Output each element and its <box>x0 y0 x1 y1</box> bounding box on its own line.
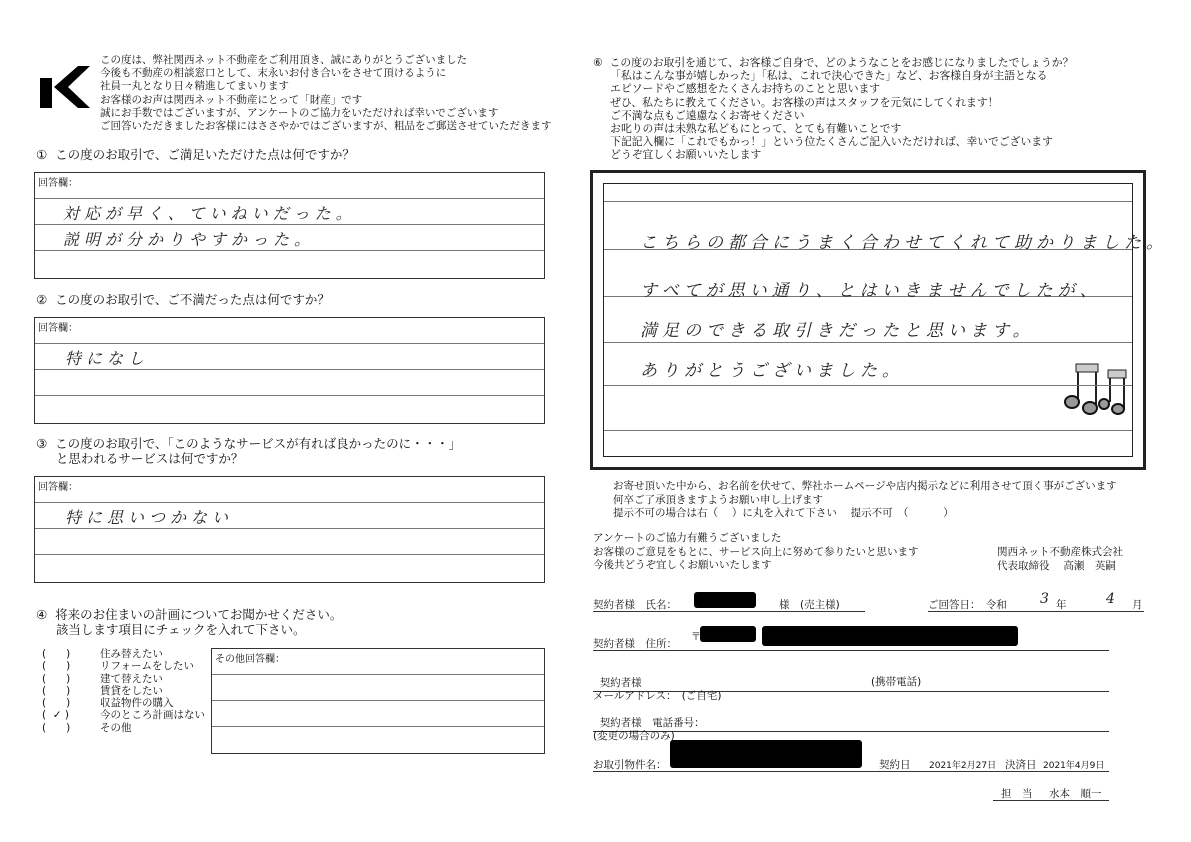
intro-line: お客様のお声は関西ネット不動産にとって「財産」です <box>100 94 552 107</box>
settlement-label: 決済日 <box>1005 757 1037 772</box>
redacted-name <box>694 592 756 608</box>
answer-6-line: 満足のできる取引きだったと思います。 <box>640 316 1035 341</box>
contract-date: 2021年2月27日 <box>929 758 996 771</box>
intro-text: この度は、弊社関西ネット不動産をご利用頂き、誠にありがとうございました今後も不動… <box>100 54 552 133</box>
plan-option-label: 賃貸をしたい <box>100 685 163 697</box>
answer-frame-6[interactable]: こちらの都合にうまく合わせてくれて助かりました。すべてが思い通り、とはいきません… <box>590 170 1146 470</box>
plan-option[interactable]: ( )住み替えたい <box>42 648 205 660</box>
answer-3-line-1: 特に思いつかない <box>65 505 233 528</box>
answer-label: 回答欄： <box>38 174 78 189</box>
plan-option[interactable]: ( )収益物件の購入 <box>42 697 205 709</box>
question-3: ③ この度のお取引で、「このようなサービスが有れば良かったのに・・・」 と思われ… <box>36 436 461 466</box>
redacted-postal-code <box>700 626 756 642</box>
plan-option-label: 住み替えたい <box>100 648 163 660</box>
answer-1-line-2: 説明が分かりやすかった。 <box>63 227 315 250</box>
plan-option[interactable]: ( )その他 <box>42 722 205 734</box>
contract-date-label: 契約日 <box>879 757 911 772</box>
checkbox[interactable]: ( ) <box>42 660 100 672</box>
question-6: ⑥ この度のお取引を通じて、お客様ご自身で、どのようなことをお感じになりましたで… <box>593 56 1073 162</box>
email-label: 契約者様 メールアドレス： (ご自宅) <box>593 677 721 703</box>
name-label: 契約者様 氏名： <box>593 599 677 611</box>
plan-option[interactable]: ( ✓ )今のところ計画はない <box>42 709 205 721</box>
year-unit: 年 <box>1056 597 1067 612</box>
checkbox[interactable]: ( ) <box>42 685 100 697</box>
plan-option-label: リフォームをしたい <box>100 660 194 672</box>
answer-6-line: ありがとうございました。 <box>640 356 904 381</box>
answer-year: 3 <box>1040 591 1049 607</box>
phone-field[interactable]: 契約者様 電話番号： (変更の場合のみ) <box>593 703 1109 732</box>
checkbox-checked[interactable]: ( ✓ ) <box>42 709 100 721</box>
ruled-line <box>604 201 1132 202</box>
intro-line: ご回答いただきましたお客様にはささやかではございますが、粗品をご郵送させていただ… <box>100 120 552 133</box>
ruled-line <box>604 342 1132 343</box>
answer-2-line-1: 特になし <box>65 346 149 369</box>
answer-1-line-1: 対応が早く、ていねいだった。 <box>63 201 357 224</box>
plan-option[interactable]: ( )建て替えたい <box>42 673 205 685</box>
answer-label: 回答欄： <box>38 319 78 334</box>
other-answer-box[interactable]: その他回答欄： <box>211 648 545 754</box>
mobile-label: (携帯電話) <box>871 676 921 690</box>
intro-line: 誠にお手数ではございますが、アンケートのご協力をいただければ幸いでございます <box>100 107 552 120</box>
intro-line: 今後も不動産の相談窓口として、末永いお付き合いをさせて頂けるように <box>100 67 552 80</box>
checkbox[interactable]: ( ) <box>42 673 100 685</box>
staff-name: 水本 順一 <box>1049 786 1102 801</box>
answer-box-2[interactable]: 回答欄： 特になし <box>34 317 545 424</box>
thanks-message: アンケートのご協力有難うございました お客様のご意見をもとに、サービス向上に努め… <box>593 532 919 573</box>
intro-line: この度は、弊社関西ネット不動産をご利用頂き、誠にありがとうございました <box>100 54 552 67</box>
answer-label: 回答欄： <box>38 478 78 493</box>
answer-6-line: こちらの都合にうまく合わせてくれて助かりました。 <box>640 228 1168 253</box>
question-1: ① この度のお取引で、ご満足いただけた点は何ですか？ <box>36 147 355 162</box>
company-signature: 関西ネット不動産株式会社 代表取締役 高瀬 英嗣 <box>997 546 1123 573</box>
company-logo-icon <box>40 66 90 108</box>
staff-field: 担 当 水本 順一 <box>993 786 1109 801</box>
answer-date-field[interactable]: ご回答日： 令和 3 年 4 月 <box>928 597 1144 612</box>
music-notes-icon <box>1064 362 1130 416</box>
intro-line: 社員一丸となり日々精進してまいります <box>100 80 552 93</box>
plan-option[interactable]: ( )賃貸をしたい <box>42 685 205 697</box>
plan-option-label: 建て替えたい <box>100 673 163 685</box>
answer-box-1[interactable]: 回答欄： 対応が早く、ていねいだった。 説明が分かりやすかった。 <box>34 172 545 279</box>
plan-option-label: その他 <box>100 722 132 734</box>
settlement-date: 2021年4月9日 <box>1043 758 1104 771</box>
checkbox[interactable]: ( ) <box>42 697 100 709</box>
plan-option-label: 収益物件の購入 <box>100 697 174 709</box>
question-2: ② この度のお取引で、ご不満だった点は何ですか？ <box>36 292 330 307</box>
question-4: ④ 将来のお住まいの計画についてお聞かせください。 該当します項目にチェックを入… <box>36 607 342 637</box>
address-label: 契約者様 住所： <box>593 638 677 650</box>
answer-month: 4 <box>1106 591 1115 607</box>
plan-option[interactable]: ( )リフォームをしたい <box>42 660 205 672</box>
plan-checklist: ( )住み替えたい( )リフォームをしたい( )建て替えたい( )賃貸をしたい(… <box>42 648 205 734</box>
name-suffix: 様 (売主様) <box>779 597 840 612</box>
answer-box-3[interactable]: 回答欄： 特に思いつかない <box>34 476 545 583</box>
answer-date-label: ご回答日： 令和 <box>928 599 1007 611</box>
staff-label: 担 当 <box>1001 786 1033 801</box>
phone-label: 契約者様 電話番号： (変更の場合のみ) <box>593 717 705 743</box>
plan-option-label: 今のところ計画はない <box>100 709 205 721</box>
checkbox[interactable]: ( ) <box>42 648 100 660</box>
ruled-line <box>604 385 1132 386</box>
redacted-address <box>762 626 1018 646</box>
ruled-line <box>604 430 1132 431</box>
answer-6-line: すべてが思い通り、とはいきませんでしたが、 <box>640 276 1102 301</box>
checkbox[interactable]: ( ) <box>42 722 100 734</box>
publish-notice: お寄せ頂いた中から、お名前を伏せて、弊社ホームページや店内掲示などに利用させて頂… <box>613 480 1117 521</box>
email-field[interactable]: 契約者様 メールアドレス： (ご自宅) (携帯電話) <box>593 663 1109 692</box>
other-answer-label: その他回答欄： <box>215 650 285 665</box>
month-unit: 月 <box>1132 597 1143 612</box>
redacted-property <box>670 740 862 768</box>
property-label: お取引物件名： <box>593 759 667 771</box>
